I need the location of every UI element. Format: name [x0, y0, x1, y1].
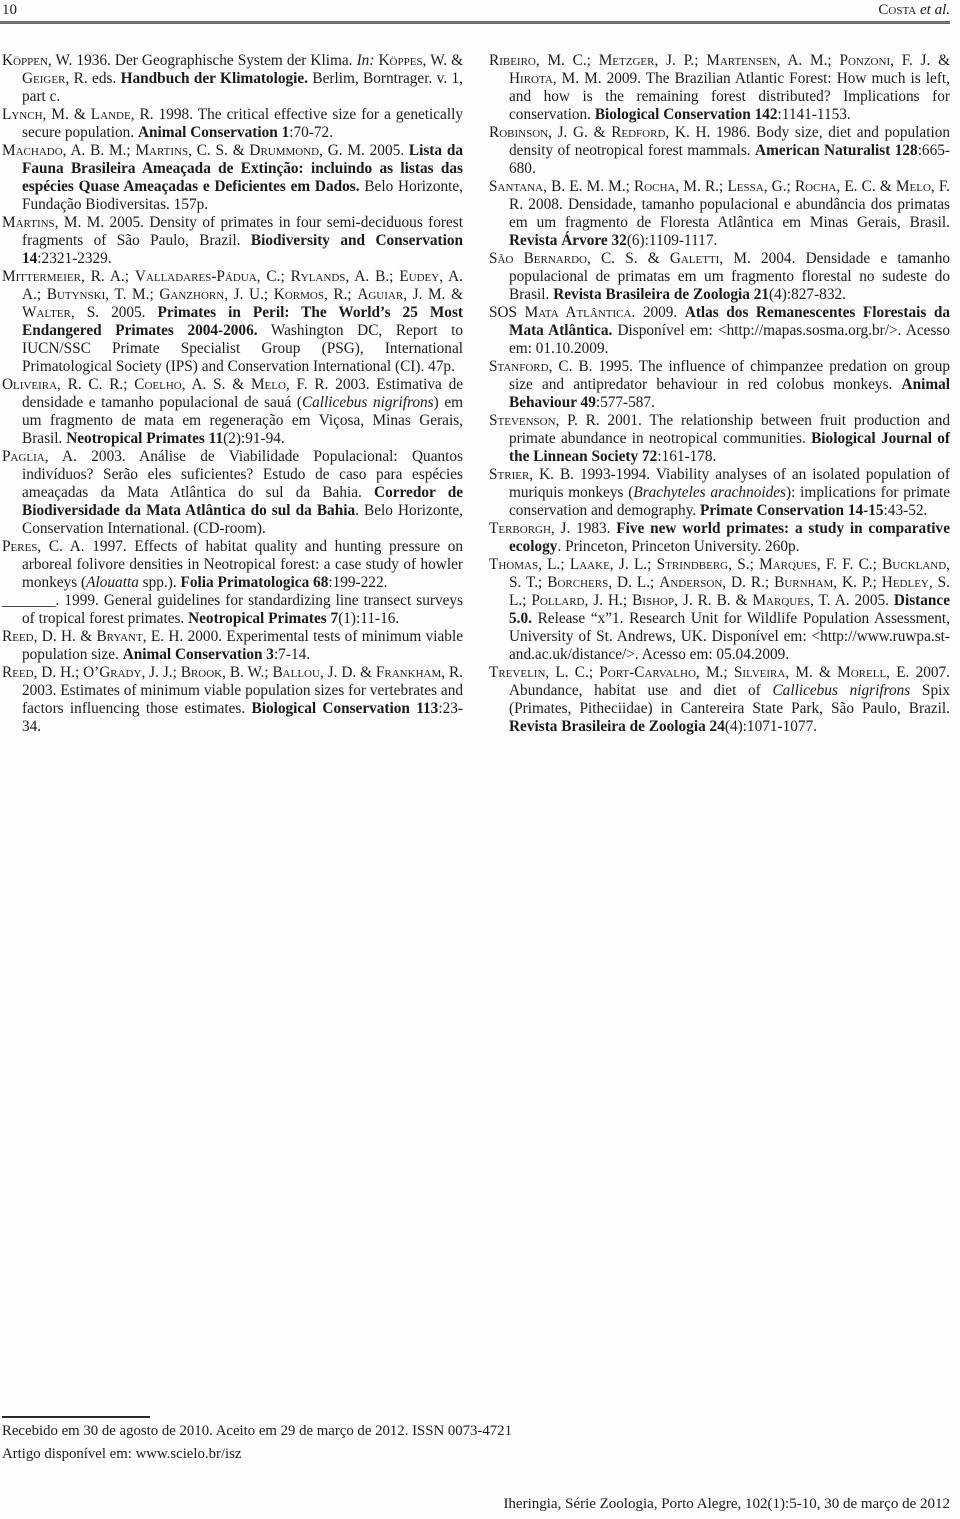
paper-page: 10 Costa et al. Köppen, W. 1936. Der Geo… — [0, 0, 960, 1519]
reference-text-segment: :161-178. — [657, 448, 716, 465]
reference-text-segment: Neotropical Primates 11 — [66, 430, 223, 447]
reference-entry: Lynch, M. & Lande, R. 1998. The critical… — [2, 106, 463, 142]
reference-text-segment: Morell — [837, 664, 886, 681]
reference-text-segment: Geiger — [22, 70, 65, 87]
reference-text-segment: :577-587. — [596, 394, 655, 411]
reference-text-segment: American Naturalist 128 — [755, 142, 918, 159]
reference-text-segment: (6):1109-1117. — [627, 232, 718, 249]
reference-text-segment: Strindberg — [657, 556, 728, 573]
running-head-etal: et al. — [916, 2, 950, 18]
received-accepted-line: Recebido em 30 de agosto de 2010. Aceito… — [2, 1420, 512, 1443]
reference-text-segment: spp.). — [139, 574, 181, 591]
reference-columns: Köppen, W. 1936. Der Geographische Syste… — [2, 52, 950, 736]
reference-text-segment: Hedley — [882, 574, 929, 591]
reference-text-segment: Callicebus nigrifrons — [772, 682, 910, 699]
reference-text-segment: Neotropical Primates 7 — [188, 610, 338, 627]
reference-entry: Thomas, L.; Laake, J. L.; Strindberg, S.… — [489, 556, 950, 664]
reference-text-segment: Strier — [489, 466, 529, 483]
reference-text-segment: Martensen — [706, 52, 776, 69]
reference-text-segment: Ballou — [272, 664, 319, 681]
reference-entry: Stanford, C. B. 1995. The influence of c… — [489, 358, 950, 412]
reference-text-segment: , S. 2005. — [71, 304, 158, 321]
reference-text-segment: Ganzhorn — [159, 286, 224, 303]
reference-text-segment: :1141-1153. — [778, 106, 851, 123]
reference-text-segment: , A. S. & — [182, 376, 251, 393]
reference-text-segment: Santana — [489, 178, 543, 195]
reference-text-segment: Melo — [251, 376, 286, 393]
reference-text-segment: , J. 1983. — [551, 520, 616, 537]
reference-entry: SOS Mata Atlântica. 2009. Atlas dos Rema… — [489, 304, 950, 358]
reference-text-segment: São Bernardo — [489, 250, 587, 267]
reference-text-segment: , W. 1936. Der Geographische System der … — [48, 52, 357, 69]
reference-text-segment: , M. & — [43, 106, 91, 123]
reference-text-segment: , M. R.; — [675, 178, 727, 195]
reference-text-segment: Rocha — [795, 178, 836, 195]
reference-text-segment: Pollard — [531, 592, 584, 609]
reference-text-segment: Anderson — [659, 574, 722, 591]
reference-text-segment: Marques — [759, 556, 817, 573]
reference-text-segment: , D. L.; — [608, 574, 659, 591]
reference-entry: Ribeiro, M. C.; Metzger, J. P.; Martense… — [489, 52, 950, 124]
reference-text-segment: , L.; — [538, 556, 570, 573]
reference-text-segment: Hirota — [509, 70, 553, 87]
reference-text-segment: Lande — [91, 106, 131, 123]
reference-text-segment: Borchers — [547, 574, 608, 591]
reference-text-segment: Martins — [135, 142, 188, 159]
reference-text-segment: Stanford — [489, 358, 549, 375]
reference-text-segment: , A. B.; — [345, 268, 399, 285]
reference-text-segment: Revista Brasileira de Zoologia 24 — [509, 718, 725, 735]
reference-entry: Paglia, A. 2003. Análise de Viabilidade … — [2, 448, 463, 538]
references-column-left: Köppen, W. 1936. Der Geographische Syste… — [2, 52, 463, 736]
reference-text-segment: Reed — [2, 664, 34, 681]
reference-text-segment: Alouatta — [86, 574, 139, 591]
reference-text-segment: Animal Conservation 3 — [123, 646, 274, 663]
reference-text-segment: , C. B. 1995. The influence of chimpanze… — [509, 358, 950, 393]
reference-text-segment: Reed — [2, 628, 34, 645]
reference-text-segment: Release “x”1. Research Unit for Wildlife… — [509, 610, 950, 663]
reference-text-segment: Animal Conservation 1 — [138, 124, 289, 141]
footnote-rule — [2, 1416, 150, 1418]
reference-text-segment: O’Grady — [83, 664, 141, 681]
reference-entry: Köppen, W. 1936. Der Geographische Syste… — [2, 52, 463, 106]
reference-text-segment: SOS — [489, 304, 525, 321]
article-available-line: Artigo disponível em: www.scielo.br/isz — [2, 1443, 512, 1466]
reference-text-segment: , K. P.; — [833, 574, 882, 591]
reference-text-segment: Paglia — [2, 448, 45, 465]
reference-text-segment: , T. A. 2005. — [810, 592, 894, 609]
reference-text-segment: Biological Conservation 113 — [252, 700, 439, 717]
reference-text-segment: :7-14. — [274, 646, 310, 663]
reference-text-segment: Mittermeier — [2, 268, 81, 285]
reference-text-segment: , M. & — [785, 664, 837, 681]
reference-text-segment: , S.; — [728, 556, 759, 573]
reference-text-segment: , C. S. & — [587, 250, 670, 267]
footnote-block: Recebido em 30 de agosto de 2010. Aceito… — [2, 1420, 512, 1466]
reference-text-segment: Rylands — [291, 268, 346, 285]
reference-text-segment: Lynch — [2, 106, 43, 123]
reference-entry: Trevelin, L. C.; Port-Carvalho, M.; Silv… — [489, 664, 950, 736]
reference-text-segment: Aguiar — [357, 286, 403, 303]
reference-entry: _______. 1999. General guidelines for st… — [2, 592, 463, 628]
reference-text-segment: Trevelin — [489, 664, 545, 681]
reference-text-segment: Galetti — [670, 250, 720, 267]
reference-text-segment: , R. C. R.; — [57, 376, 134, 393]
reference-text-segment: Bryant — [96, 628, 142, 645]
reference-text-segment: Mata Atlântica — [525, 304, 632, 321]
reference-text-segment: , J. D. & — [320, 664, 376, 681]
reference-text-segment: Thomas — [489, 556, 538, 573]
reference-text-segment: Handbuch der Klimatologie. — [121, 70, 308, 87]
reference-text-segment: , R.; — [324, 286, 357, 303]
reference-text-segment: Metzger — [599, 52, 655, 69]
running-head-author: Costa — [878, 2, 916, 18]
reference-text-segment: :43-52. — [884, 502, 928, 519]
reference-text-segment: Folia Primatologica 68 — [181, 574, 329, 591]
reference-text-segment: Drummond — [249, 142, 319, 159]
reference-text-segment: Marques — [752, 592, 810, 609]
reference-entry: Reed, D. H. & Bryant, E. H. 2000. Experi… — [2, 628, 463, 664]
reference-text-segment: , R. A.; — [81, 268, 135, 285]
reference-text-segment: , J. R. B. & — [674, 592, 752, 609]
reference-text-segment: In: — [357, 52, 375, 69]
reference-text-segment: :2321-2329. — [37, 250, 111, 267]
reference-text-segment: Revista Árvore 32 — [509, 232, 627, 249]
page-header: 10 Costa et al. — [2, 1, 950, 19]
reference-entry: Santana, B. E. M. M.; Rocha, M. R.; Less… — [489, 178, 950, 250]
reference-text-segment: :199-222. — [328, 574, 387, 591]
reference-text-segment: Stevenson — [489, 412, 556, 429]
reference-entry: Reed, D. H.; O’Grady, J. J.; Brook, B. W… — [2, 664, 463, 736]
reference-text-segment: Robinson — [489, 124, 548, 141]
reference-text-segment: Primate Conservation 14-15 — [700, 502, 884, 519]
reference-text-segment: Bishop — [632, 592, 674, 609]
reference-text-segment: Rocha — [634, 178, 675, 195]
reference-text-segment: Machado — [2, 142, 63, 159]
reference-text-segment: , D. H. & — [34, 628, 97, 645]
reference-text-segment: , M.; — [696, 664, 734, 681]
page-number: 10 — [2, 1, 17, 19]
reference-text-segment: Port-Carvalho — [599, 664, 696, 681]
reference-text-segment: , R. eds. — [65, 70, 120, 87]
reference-text-segment: , T. M.; — [105, 286, 159, 303]
reference-text-segment: Redford — [611, 124, 665, 141]
reference-text-segment: Martins — [2, 214, 55, 231]
reference-text-segment: , C.; — [257, 268, 291, 285]
reference-text-segment: Burnham — [774, 574, 833, 591]
reference-text-segment: , B. E. M. M.; — [543, 178, 634, 195]
reference-text-segment: Köppes — [379, 52, 423, 69]
reference-text-segment: , D. H.; — [34, 664, 83, 681]
reference-text-segment: Valladares-Pádua — [135, 268, 257, 285]
reference-text-segment: , J. L.; — [610, 556, 657, 573]
reference-text-segment: Terborgh — [489, 520, 551, 537]
reference-text-segment: , E. C. & — [836, 178, 896, 195]
reference-text-segment: (2):91-94. — [223, 430, 285, 447]
reference-text-segment: , J. U.; — [224, 286, 274, 303]
reference-text-segment: Ribeiro — [489, 52, 536, 69]
reference-text-segment: Butynski — [47, 286, 105, 303]
reference-text-segment: , M. C.; — [536, 52, 599, 69]
reference-text-segment: , A. B. M.; — [63, 142, 136, 159]
reference-text-segment: , J. H.; — [585, 592, 633, 609]
reference-text-segment: :70-72. — [289, 124, 333, 141]
header-rule — [0, 21, 950, 24]
reference-text-segment: Ponzoni — [839, 52, 890, 69]
references-column-right: Ribeiro, M. C.; Metzger, J. P.; Martense… — [489, 52, 950, 736]
reference-entry: Mittermeier, R. A.; Valladares-Pádua, C.… — [2, 268, 463, 376]
reference-text-segment: Kormos — [274, 286, 324, 303]
reference-text-segment: Peres — [2, 538, 37, 555]
reference-text-segment: . Princeton, Princeton University. 260p. — [557, 538, 799, 555]
reference-text-segment: Brook — [181, 664, 222, 681]
reference-text-segment: Brachyteles arachnoides — [633, 484, 786, 501]
reference-text-segment: , F. J. & — [890, 52, 950, 69]
reference-text-segment: , J. G. & — [548, 124, 611, 141]
reference-entry: Robinson, J. G. & Redford, K. H. 1986. B… — [489, 124, 950, 178]
reference-text-segment: , J. J.; — [141, 664, 180, 681]
reference-entry: Peres, C. A. 1997. Effects of habitat qu… — [2, 538, 463, 592]
running-head: Costa et al. — [878, 1, 950, 19]
reference-text-segment: , G.; — [764, 178, 795, 195]
reference-text-segment: , L. C.; — [545, 664, 599, 681]
reference-entry: São Bernardo, C. S. & Galetti, M. 2004. … — [489, 250, 950, 304]
reference-text-segment: Eudey — [399, 268, 439, 285]
reference-entry: Martins, M. M. 2005. Density of primates… — [2, 214, 463, 268]
reference-text-segment: Revista Brasileira de Zoologia 21 — [553, 286, 769, 303]
reference-text-segment: . 2009. — [631, 304, 684, 321]
reference-text-segment: Laake — [570, 556, 610, 573]
reference-text-segment: Walter — [22, 304, 71, 321]
reference-text-segment: (4):1071-1077. — [725, 718, 817, 735]
reference-text-segment: , W. & — [423, 52, 463, 69]
reference-entry: Stevenson, P. R. 2001. The relationship … — [489, 412, 950, 466]
reference-text-segment: Oliveira — [2, 376, 57, 393]
reference-entry: Machado, A. B. M.; Martins, C. S. & Drum… — [2, 142, 463, 214]
reference-text-segment: , J. M. & — [403, 286, 463, 303]
reference-text-segment: , F. F. C.; — [817, 556, 882, 573]
reference-entry: Oliveira, R. C. R.; Coelho, A. S. & Melo… — [2, 376, 463, 448]
reference-text-segment: , B. W.; — [222, 664, 272, 681]
reference-text-segment: (4):827-832. — [769, 286, 846, 303]
reference-entry: Terborgh, J. 1983. Five new world primat… — [489, 520, 950, 556]
reference-text-segment: Lessa — [727, 178, 763, 195]
reference-text-segment: Buckland — [882, 556, 946, 573]
reference-text-segment: Köppen — [2, 52, 48, 69]
reference-text-segment: Callicebus nigrifrons — [302, 394, 434, 411]
reference-text-segment: Melo — [896, 178, 931, 195]
reference-text-segment: , G. M. 2005. — [319, 142, 409, 159]
reference-text-segment: Frankham — [376, 664, 441, 681]
reference-entry: Strier, K. B. 1993-1994. Viability analy… — [489, 466, 950, 520]
reference-text-segment: , D. R.; — [722, 574, 774, 591]
reference-text-segment: , J. P.; — [654, 52, 706, 69]
journal-citation-line: Iheringia, Série Zoologia, Porto Alegre,… — [503, 1496, 950, 1513]
reference-text-segment: Silveira — [734, 664, 786, 681]
reference-text-segment: (1):11-16. — [338, 610, 399, 627]
reference-text-segment: Biological Conservation 142 — [595, 106, 778, 123]
reference-text-segment: Coelho — [134, 376, 181, 393]
reference-text-segment: , A. M.; — [777, 52, 840, 69]
reference-text-segment: , C. S. & — [188, 142, 249, 159]
